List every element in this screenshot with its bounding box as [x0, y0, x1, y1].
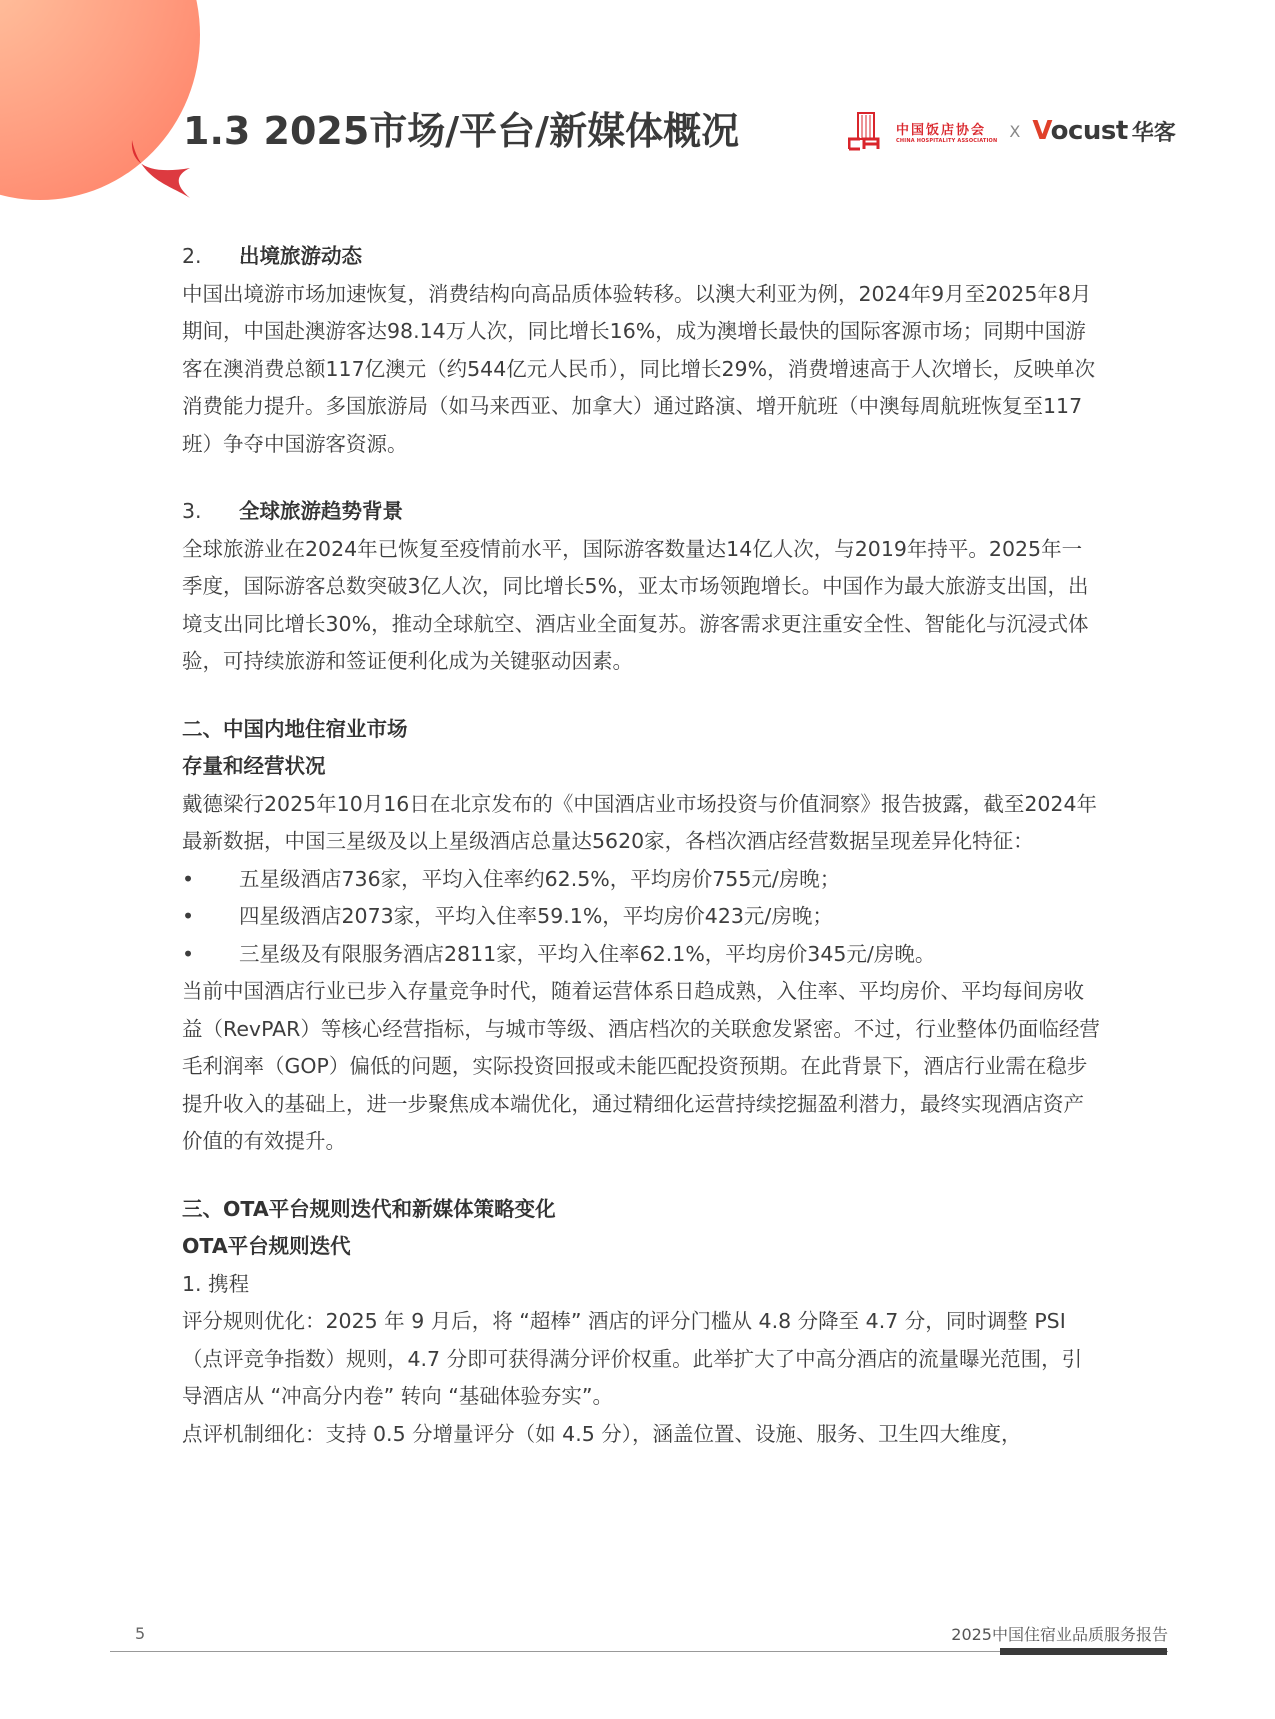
- list-item: • 五星级酒店736家，平均入住率约62.5%，平均房价755元/房晚；: [182, 861, 1102, 899]
- page-number: 5: [135, 1624, 145, 1643]
- logo-separator: X: [1009, 122, 1020, 141]
- list-item: • 四星级酒店2073家，平均入住率59.1%，平均房价423元/房晚；: [182, 898, 1102, 936]
- paragraph-domestic-intro: 戴德梁行2025年10月16日在北京发布的《中国酒店业市场投资与价值洞察》报告披…: [182, 786, 1102, 861]
- footer-accent-bar: [1000, 1648, 1167, 1655]
- document-body: 2. 出境旅游动态 中国出境游市场加速恢复，消费结构向高品质体验转移。以澳大利亚…: [182, 238, 1102, 1453]
- partner-logos: 中国饭店协会 CHINA HOSPITALITY ASSOCIATION X V…: [848, 108, 1176, 154]
- paragraph-ota-rating: 评分规则优化：2025 年 9 月后，将 “超棒” 酒店的评分门槛从 4.8 分…: [182, 1303, 1102, 1416]
- vocust-logo: Vocust: [1032, 116, 1127, 146]
- section-heading-domestic: 二、中国内地住宿业市场: [182, 711, 1102, 749]
- page-title: 1.3 2025市场/平台/新媒体概况: [183, 100, 739, 155]
- list-item: • 三星级及有限服务酒店2811家，平均入住率62.1%，平均房价345元/房晚…: [182, 936, 1102, 974]
- section-heading-outbound: 2. 出境旅游动态: [182, 238, 1102, 276]
- paragraph-global: 全球旅游业在2024年已恢复至疫情前水平，国际游客数量达14亿人次，与2019年…: [182, 531, 1102, 681]
- vocust-logo-cn: 华客: [1132, 116, 1176, 147]
- section-heading-ota: 三、OTA平台规则迭代和新媒体策略变化: [182, 1191, 1102, 1229]
- cha-name-cn: 中国饭店协会: [896, 119, 997, 138]
- paragraph-outbound: 中国出境游市场加速恢复，消费结构向高品质体验转移。以澳大利亚为例，2024年9月…: [182, 276, 1102, 464]
- subheading-ota-rules: OTA平台规则迭代: [182, 1228, 1102, 1266]
- paragraph-domestic-body: 当前中国酒店行业已步入存量竞争时代，随着运营体系日趋成熟，入住率、平均房价、平均…: [182, 973, 1102, 1161]
- report-title: 2025中国住宿业品质服务报告: [951, 1622, 1168, 1645]
- subheading-stock: 存量和经营状况: [182, 748, 1102, 786]
- cha-name-en: CHINA HOSPITALITY ASSOCIATION: [896, 138, 997, 144]
- paragraph-ota-review: 点评机制细化：支持 0.5 分增量评分（如 4.5 分），涵盖位置、设施、服务、…: [182, 1416, 1102, 1454]
- section-heading-global: 3. 全球旅游趋势背景: [182, 493, 1102, 531]
- ota-item-ctrip: 1. 携程: [182, 1266, 1102, 1304]
- cha-logo-icon: [848, 111, 892, 151]
